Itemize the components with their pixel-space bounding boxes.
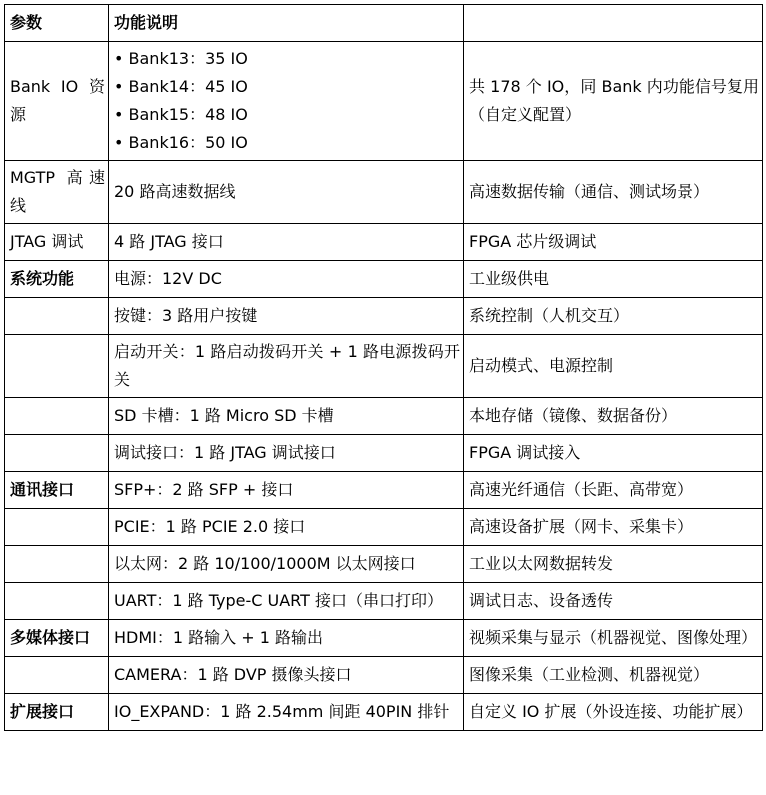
param-cell [5,546,109,583]
table-row: JTAG 调试4 路 JTAG 接口FPGA 芯片级调试 [5,224,763,261]
desc-cell: IO_EXPAND：1 路 2.54mm 间距 40PIN 排针 [109,694,464,731]
table-row: 系统功能电源：12V DC工业级供电 [5,261,763,298]
desc-line: 启动开关：1 路启动拨码开关 + 1 路电源拨码开关 [114,338,460,394]
desc-line: SD 卡槽：1 路 Micro SD 卡槽 [114,402,460,430]
param-cell: 多媒体接口 [5,620,109,657]
desc-line: SFP+：2 路 SFP + 接口 [114,476,460,504]
desc-line: HDMI：1 路输入 + 1 路输出 [114,624,460,652]
usage-cell: FPGA 调试接入 [464,435,763,472]
desc-cell: SD 卡槽：1 路 Micro SD 卡槽 [109,398,464,435]
usage-cell: 共 178 个 IO，同 Bank 内功能信号复用（自定义配置） [464,42,763,161]
spec-table-body: Bank IO 资源• Bank13：35 IO• Bank14：45 IO• … [5,42,763,731]
usage-cell: 视频采集与显示（机器视觉、图像处理） [464,620,763,657]
table-row: 通讯接口SFP+：2 路 SFP + 接口高速光纤通信（长距、高带宽） [5,472,763,509]
usage-cell: 高速光纤通信（长距、高带宽） [464,472,763,509]
param-cell [5,657,109,694]
desc-line: 20 路高速数据线 [114,178,460,206]
usage-cell: 工业级供电 [464,261,763,298]
desc-cell: 调试接口：1 路 JTAG 调试接口 [109,435,464,472]
desc-cell: 以太网：2 路 10/100/1000M 以太网接口 [109,546,464,583]
desc-line: 按键：3 路用户按键 [114,302,460,330]
desc-cell: UART：1 路 Type-C UART 接口（串口打印） [109,583,464,620]
header-row: 参数 功能说明 [5,5,763,42]
param-cell: MGTP 高速线 [5,161,109,224]
param-cell: JTAG 调试 [5,224,109,261]
usage-cell: 系统控制（人机交互） [464,298,763,335]
desc-line: 调试接口：1 路 JTAG 调试接口 [114,439,460,467]
table-row: MGTP 高速线20 路高速数据线高速数据传输（通信、测试场景） [5,161,763,224]
param-cell [5,435,109,472]
table-row: UART：1 路 Type-C UART 接口（串口打印）调试日志、设备透传 [5,583,763,620]
desc-line: CAMERA：1 路 DVP 摄像头接口 [114,661,460,689]
usage-cell: 自定义 IO 扩展（外设连接、功能扩展） [464,694,763,731]
desc-line: • Bank16：50 IO [114,129,460,157]
param-cell [5,398,109,435]
table-row: 调试接口：1 路 JTAG 调试接口FPGA 调试接入 [5,435,763,472]
table-row: 多媒体接口HDMI：1 路输入 + 1 路输出视频采集与显示（机器视觉、图像处理… [5,620,763,657]
table-row: 启动开关：1 路启动拨码开关 + 1 路电源拨码开关启动模式、电源控制 [5,335,763,398]
usage-cell: 图像采集（工业检测、机器视觉） [464,657,763,694]
desc-line: UART：1 路 Type-C UART 接口（串口打印） [114,587,460,615]
param-cell [5,335,109,398]
desc-line: IO_EXPAND：1 路 2.54mm 间距 40PIN 排针 [114,698,460,726]
param-cell [5,298,109,335]
spec-table-header: 参数 功能说明 [5,5,763,42]
table-row: CAMERA：1 路 DVP 摄像头接口图像采集（工业检测、机器视觉） [5,657,763,694]
desc-line: • Bank14：45 IO [114,73,460,101]
param-cell: 系统功能 [5,261,109,298]
header-desc: 功能说明 [109,5,464,42]
desc-cell: 20 路高速数据线 [109,161,464,224]
desc-cell: PCIE：1 路 PCIE 2.0 接口 [109,509,464,546]
desc-cell: • Bank13：35 IO• Bank14：45 IO• Bank15：48 … [109,42,464,161]
param-cell [5,583,109,620]
desc-cell: CAMERA：1 路 DVP 摄像头接口 [109,657,464,694]
usage-cell: FPGA 芯片级调试 [464,224,763,261]
table-row: 扩展接口IO_EXPAND：1 路 2.54mm 间距 40PIN 排针自定义 … [5,694,763,731]
table-row: 按键：3 路用户按键系统控制（人机交互） [5,298,763,335]
desc-line: 4 路 JTAG 接口 [114,228,460,256]
desc-cell: HDMI：1 路输入 + 1 路输出 [109,620,464,657]
usage-cell: 本地存储（镜像、数据备份） [464,398,763,435]
desc-cell: 电源：12V DC [109,261,464,298]
usage-cell: 启动模式、电源控制 [464,335,763,398]
table-row: PCIE：1 路 PCIE 2.0 接口高速设备扩展（网卡、采集卡） [5,509,763,546]
table-row: Bank IO 资源• Bank13：35 IO• Bank14：45 IO• … [5,42,763,161]
desc-line: PCIE：1 路 PCIE 2.0 接口 [114,513,460,541]
desc-line: 以太网：2 路 10/100/1000M 以太网接口 [114,550,460,578]
header-param: 参数 [5,5,109,42]
table-row: 以太网：2 路 10/100/1000M 以太网接口工业以太网数据转发 [5,546,763,583]
param-cell: 扩展接口 [5,694,109,731]
header-usage [464,5,763,42]
desc-cell: 4 路 JTAG 接口 [109,224,464,261]
spec-table: 参数 功能说明 Bank IO 资源• Bank13：35 IO• Bank14… [4,4,763,731]
desc-cell: SFP+：2 路 SFP + 接口 [109,472,464,509]
param-cell [5,509,109,546]
param-cell: 通讯接口 [5,472,109,509]
usage-cell: 调试日志、设备透传 [464,583,763,620]
desc-cell: 启动开关：1 路启动拨码开关 + 1 路电源拨码开关 [109,335,464,398]
desc-line: 电源：12V DC [114,265,460,293]
usage-cell: 高速设备扩展（网卡、采集卡） [464,509,763,546]
desc-line: • Bank15：48 IO [114,101,460,129]
usage-cell: 高速数据传输（通信、测试场景） [464,161,763,224]
desc-cell: 按键：3 路用户按键 [109,298,464,335]
desc-line: • Bank13：35 IO [114,45,460,73]
usage-cell: 工业以太网数据转发 [464,546,763,583]
table-row: SD 卡槽：1 路 Micro SD 卡槽本地存储（镜像、数据备份） [5,398,763,435]
param-cell: Bank IO 资源 [5,42,109,161]
